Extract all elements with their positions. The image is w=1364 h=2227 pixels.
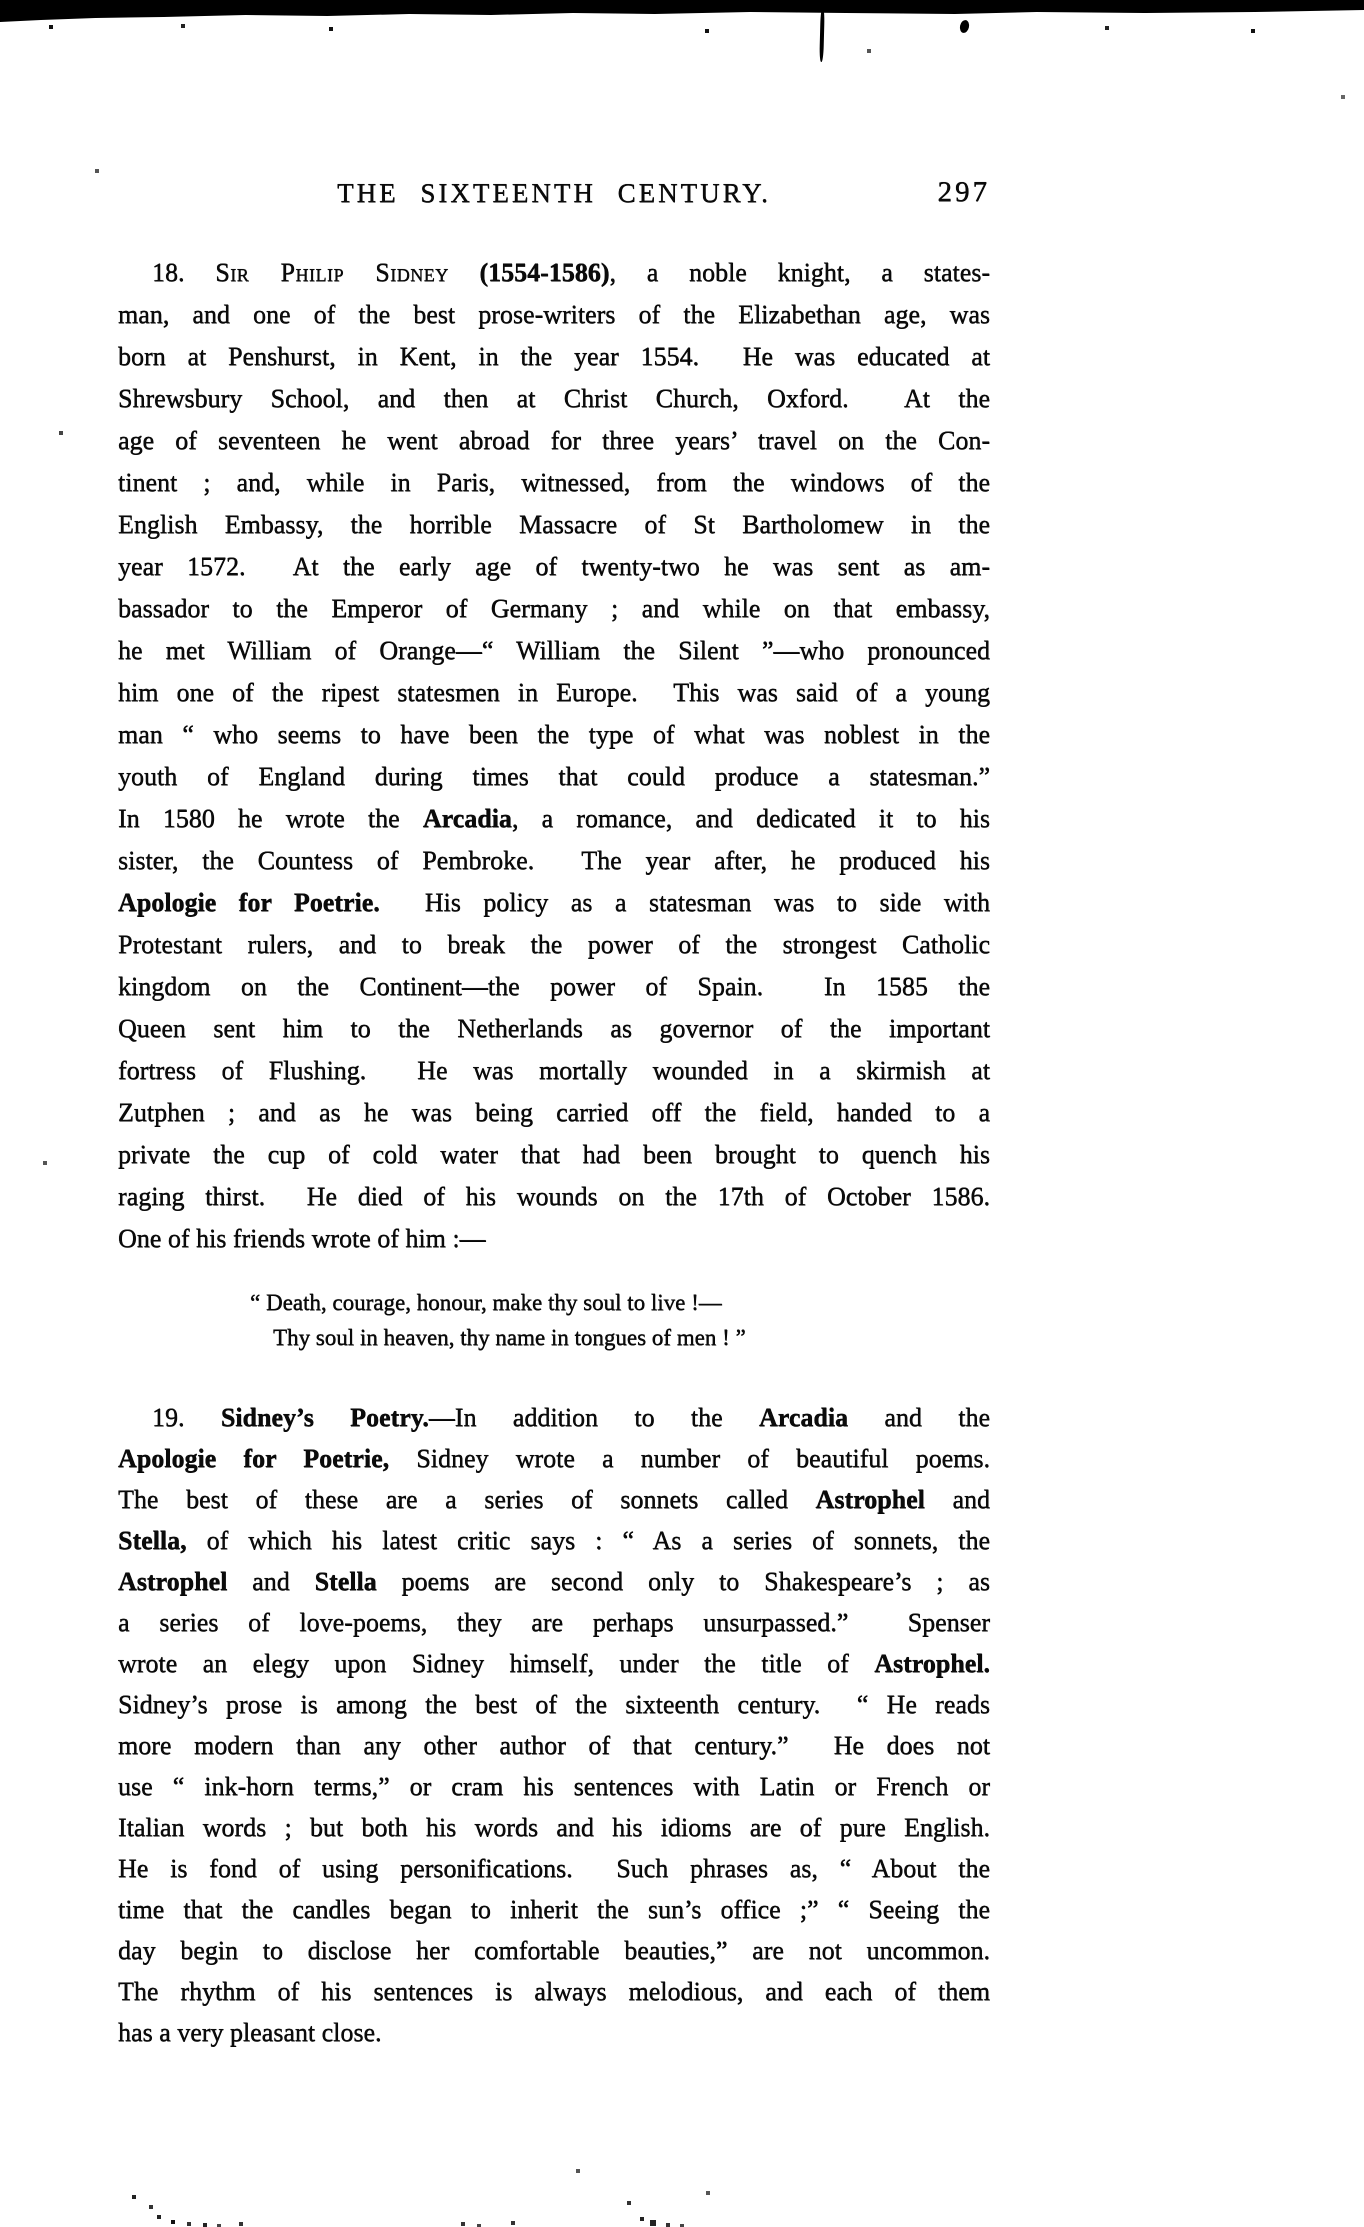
text-segment: , a noble knight, a states- (609, 258, 990, 287)
paragraph-18: 18. Sir Philip Sidney (1554-1586), a nob… (118, 252, 990, 1260)
text-segment: He is fond of using personifications. Su… (118, 1854, 990, 1883)
text-segment: Stella (315, 1567, 377, 1596)
text-segment (449, 258, 480, 287)
text-segment: “ Death, courage, honour, make thy soul … (250, 1290, 722, 1315)
text-segment: poems are second only to Shakespeare’s ;… (377, 1567, 990, 1596)
text-line: Protestant rulers, and to break the powe… (118, 924, 990, 966)
text-line: Sidney’s prose is among the best of the … (118, 1684, 990, 1725)
text-line: Apologie for Poetrie. His policy as a st… (118, 882, 990, 924)
text-segment: (1554-1586) (479, 258, 609, 287)
text-line: Thy soul in heaven, thy name in tongues … (273, 1320, 1122, 1355)
text-line: day begin to disclose her comfortable be… (118, 1930, 990, 1971)
text-segment: and (227, 1567, 314, 1596)
text-segment: born at Penshurst, in Kent, in the year … (118, 342, 990, 371)
text-segment: sister, the Countess of Pembroke. The ye… (118, 846, 990, 875)
text-segment: Sidney wrote a number of beautiful poems… (389, 1444, 990, 1473)
text-line: He is fond of using personifications. Su… (118, 1848, 990, 1889)
text-line: private the cup of cold water that had b… (118, 1134, 990, 1176)
text-line: The best of these are a series of sonnet… (118, 1479, 990, 1520)
text-line: One of his friends wrote of him :— (118, 1218, 990, 1260)
text-segment: The best of these are a series of sonnet… (118, 1485, 816, 1514)
text-line: a series of love-poems, they are perhaps… (118, 1602, 990, 1643)
text-segment: day begin to disclose her comfortable be… (118, 1936, 990, 1965)
text-segment: of which his latest critic says : “ As a… (187, 1526, 990, 1555)
running-header: THE SIXTEENTH CENTURY. 297 (118, 178, 990, 214)
text-segment: Queen sent him to the Netherlands as gov… (118, 1014, 990, 1043)
text-line: In 1580 he wrote the Arcadia, a romance,… (118, 798, 990, 840)
text-line: age of seventeen he went abroad for thre… (118, 420, 990, 462)
text-segment: —In addition to the (429, 1403, 759, 1432)
text-segment: and the (848, 1403, 990, 1432)
text-line: him one of the ripest statesmen in Europ… (118, 672, 990, 714)
text-line: time that the candles began to inherit t… (118, 1889, 990, 1930)
text-segment: fortress of Flushing. He was mortally wo… (118, 1056, 990, 1085)
text-line: has a very pleasant close. (118, 2012, 990, 2053)
text-line: Queen sent him to the Netherlands as gov… (118, 1008, 990, 1050)
text-segment: year 1572. At the early age of twenty-tw… (118, 552, 990, 581)
text-segment: Shrewsbury School, and then at Christ Ch… (118, 384, 990, 413)
text-segment: 19. (152, 1403, 221, 1432)
text-line: Italian words ; but both his words and h… (118, 1807, 990, 1848)
text-segment: wrote an elegy upon Sidney himself, unde… (118, 1649, 874, 1678)
text-segment: Stella, (118, 1526, 187, 1555)
text-segment: Protestant rulers, and to break the powe… (118, 930, 990, 959)
text-segment: , a romance, and dedicated it to his (512, 804, 990, 833)
text-segment: and (925, 1485, 990, 1514)
text-line: 19. Sidney’s Poetry.—In addition to the … (118, 1397, 990, 1438)
text-segment: Apologie for Poetrie, (118, 1444, 389, 1473)
text-segment: Sidney’s Poetry. (221, 1403, 429, 1432)
text-segment: bassador to the Emperor of Germany ; and… (118, 594, 990, 623)
text-line: more modern than any other author of tha… (118, 1725, 990, 1766)
text-body: 18. Sir Philip Sidney (1554-1586), a nob… (118, 252, 990, 2053)
text-segment: English Embassy, the horrible Massacre o… (118, 510, 990, 539)
text-line: “ Death, courage, honour, make thy soul … (250, 1285, 1122, 1320)
text-line: born at Penshurst, in Kent, in the year … (118, 336, 990, 378)
paragraph-19: 19. Sidney’s Poetry.—In addition to the … (118, 1397, 990, 2053)
text-line: man, and one of the best prose-writers o… (118, 294, 990, 336)
text-segment: The rhythm of his sentences is always me… (118, 1977, 990, 2006)
text-segment: Sidney’s prose is among the best of the … (118, 1690, 990, 1719)
text-line: Astrophel and Stella poems are second on… (118, 1561, 990, 1602)
book-page: THE SIXTEENTH CENTURY. 297 18. Sir Phili… (0, 0, 1364, 2227)
text-line: The rhythm of his sentences is always me… (118, 1971, 990, 2012)
text-line: kingdom on the Continent—the power of Sp… (118, 966, 990, 1008)
text-line: English Embassy, the horrible Massacre o… (118, 504, 990, 546)
text-segment: Zutphen ; and as he was being carried of… (118, 1098, 990, 1127)
text-segment: 18. (152, 258, 215, 287)
text-segment: Thy soul in heaven, thy name in tongues … (273, 1325, 746, 1350)
text-segment: kingdom on the Continent—the power of Sp… (118, 972, 990, 1001)
text-segment: Apologie for Poetrie. (118, 888, 380, 917)
text-segment: age of seventeen he went abroad for thre… (118, 426, 990, 455)
text-segment: man, and one of the best prose-writers o… (118, 300, 990, 329)
text-line: raging thirst. He died of his wounds on … (118, 1176, 990, 1218)
text-segment: Astrophel (118, 1567, 227, 1596)
text-line: he met William of Orange—“ William the S… (118, 630, 990, 672)
running-header-title: THE SIXTEENTH CENTURY. (337, 178, 771, 209)
text-line: wrote an elegy upon Sidney himself, unde… (118, 1643, 990, 1684)
scan-edge-artifact (0, 0, 1364, 26)
verse-quote: “ Death, courage, honour, make thy soul … (250, 1285, 1122, 1355)
ink-dot-artifact (959, 19, 971, 34)
text-line: year 1572. At the early age of twenty-tw… (118, 546, 990, 588)
text-line: use “ ink-horn terms,” or cram his sente… (118, 1766, 990, 1807)
text-line: Stella, of which his latest critic says … (118, 1520, 990, 1561)
text-segment: him one of the ripest statesmen in Europ… (118, 678, 990, 707)
text-segment: private the cup of cold water that had b… (118, 1140, 990, 1169)
text-line: fortress of Flushing. He was mortally wo… (118, 1050, 990, 1092)
text-line: sister, the Countess of Pembroke. The ye… (118, 840, 990, 882)
text-segment: Arcadia (759, 1403, 848, 1432)
text-segment: Astrophel (816, 1485, 925, 1514)
text-line: man “ who seems to have been the type of… (118, 714, 990, 756)
text-segment: One of his friends wrote of him :— (118, 1224, 486, 1253)
text-segment: man “ who seems to have been the type of… (118, 720, 990, 749)
text-segment: has a very pleasant close. (118, 2018, 382, 2047)
text-segment: use “ ink-horn terms,” or cram his sente… (118, 1772, 990, 1801)
text-segment: Italian words ; but both his words and h… (118, 1813, 990, 1842)
text-segment: raging thirst. He died of his wounds on … (118, 1182, 990, 1211)
text-line: 18. Sir Philip Sidney (1554-1586), a nob… (118, 252, 990, 294)
pen-mark-artifact (819, 8, 824, 62)
text-segment: he met William of Orange—“ William the S… (118, 636, 990, 665)
text-segment: Sir Philip Sidney (215, 258, 448, 287)
text-line: Zutphen ; and as he was being carried of… (118, 1092, 990, 1134)
text-line: Shrewsbury School, and then at Christ Ch… (118, 378, 990, 420)
text-segment: Astrophel. (874, 1649, 990, 1678)
text-segment: tinent ; and, while in Paris, witnessed,… (118, 468, 990, 497)
text-segment: more modern than any other author of tha… (118, 1731, 990, 1760)
scan-speckles (0, 0, 2, 2)
text-segment: youth of England during times that could… (118, 762, 990, 791)
text-segment: His policy as a statesman was to side wi… (380, 888, 990, 917)
page-number: 297 (938, 176, 991, 209)
text-line: Apologie for Poetrie, Sidney wrote a num… (118, 1438, 990, 1479)
text-segment: time that the candles began to inherit t… (118, 1895, 990, 1924)
text-line: tinent ; and, while in Paris, witnessed,… (118, 462, 990, 504)
text-segment: In 1580 he wrote the (118, 804, 423, 833)
text-line: bassador to the Emperor of Germany ; and… (118, 588, 990, 630)
text-line: youth of England during times that could… (118, 756, 990, 798)
text-segment: a series of love-poems, they are perhaps… (118, 1608, 990, 1637)
text-segment: Arcadia (423, 804, 512, 833)
